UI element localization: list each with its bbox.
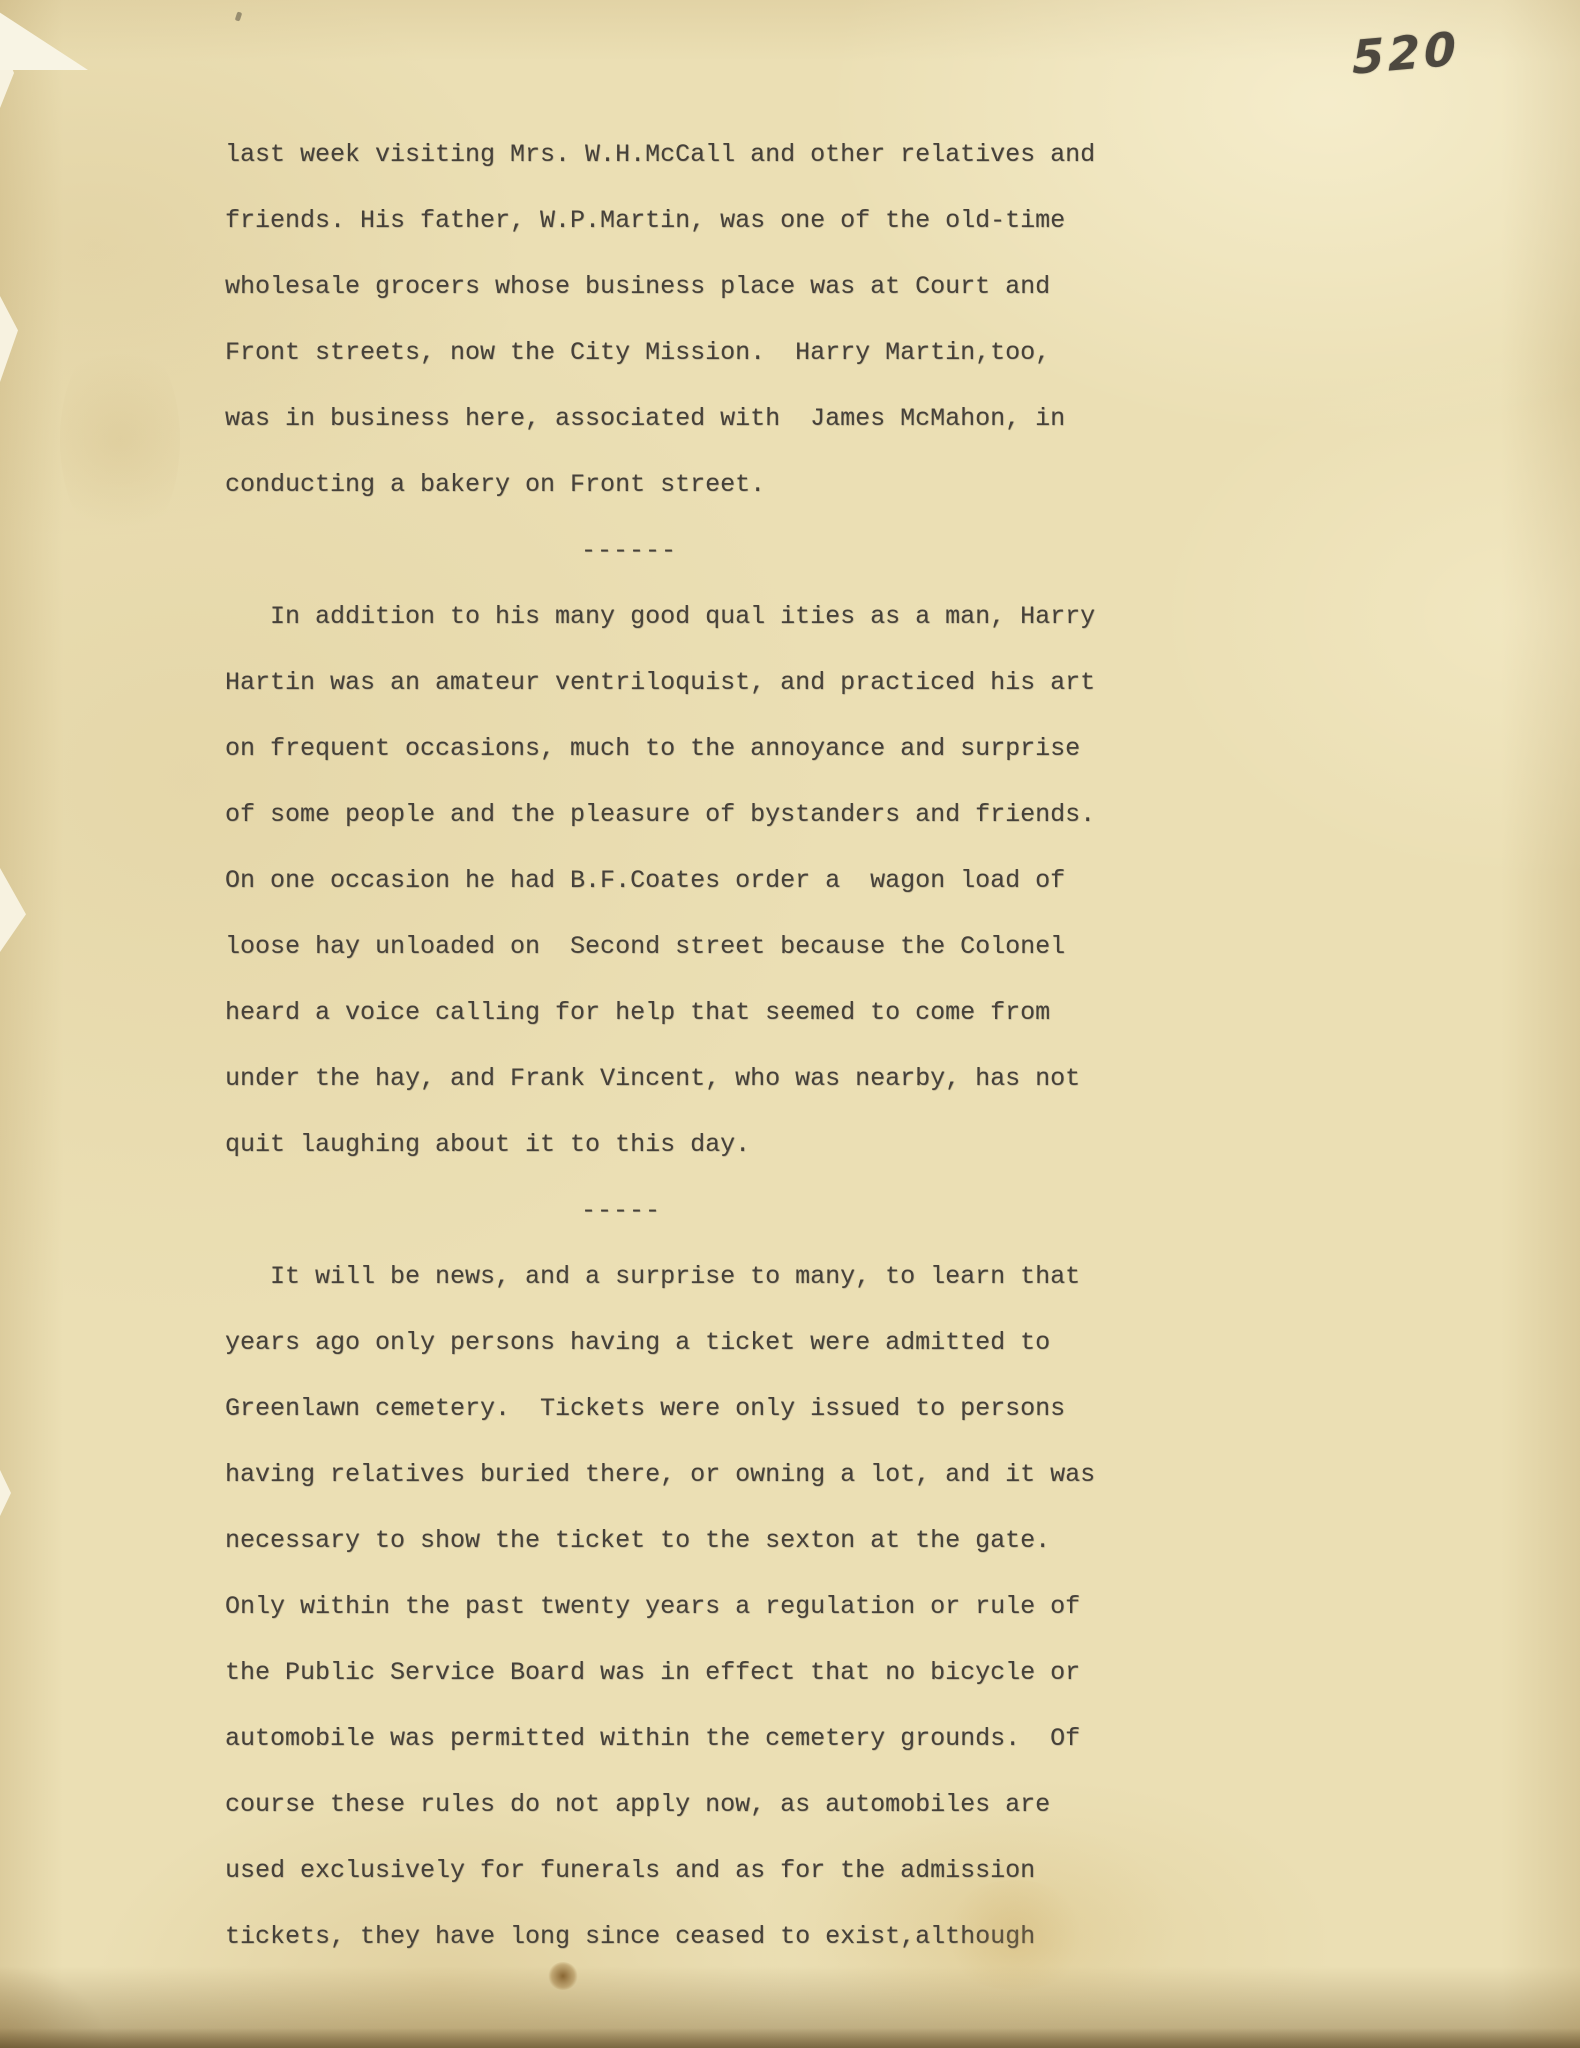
section-separator: ------	[225, 518, 1405, 584]
section-separator: -----	[225, 1178, 1405, 1244]
text-line: course these rules do not apply now, as …	[225, 1772, 1405, 1838]
text-line: loose hay unloaded on Second street beca…	[225, 914, 1405, 980]
text-line: automobile was permitted within the ceme…	[225, 1706, 1405, 1772]
text-line: On one occasion he had B.F.Coates order …	[225, 848, 1405, 914]
document-text: last week visiting Mrs. W.H.McCall and o…	[225, 122, 1405, 1970]
stain	[548, 1962, 578, 1990]
torn-edge-left	[0, 868, 26, 952]
text-line: Hartin was an amateur ventriloquist, and…	[225, 650, 1405, 716]
text-line: on frequent occasions, much to the annoy…	[225, 716, 1405, 782]
page-bottom-edge	[0, 2028, 1580, 2048]
text-line: the Public Service Board was in effect t…	[225, 1640, 1405, 1706]
stain	[60, 330, 180, 550]
text-line: used exclusively for funerals and as for…	[225, 1838, 1405, 1904]
text-line: last week visiting Mrs. W.H.McCall and o…	[225, 122, 1405, 188]
text-line: Front streets, now the City Mission. Har…	[225, 320, 1405, 386]
text-line: was in business here, associated with Ja…	[225, 386, 1405, 452]
handwritten-page-number: 520	[1352, 21, 1461, 85]
text-line: Greenlawn cemetery. Tickets were only is…	[225, 1376, 1405, 1442]
torn-edge-left	[0, 1470, 11, 1516]
text-line: quit laughing about it to this day.	[225, 1112, 1405, 1178]
text-line: of some people and the pleasure of bysta…	[225, 782, 1405, 848]
text-line: Only within the past twenty years a regu…	[225, 1574, 1405, 1640]
text-line: heard a voice calling for help that seem…	[225, 980, 1405, 1046]
text-line: It will be news, and a surprise to many,…	[225, 1244, 1405, 1310]
text-line: friends. His father, W.P.Martin, was one…	[225, 188, 1405, 254]
torn-edge-left	[0, 296, 18, 382]
document-page: 520 last week visiting Mrs. W.H.McCall a…	[0, 0, 1580, 2048]
text-line: tickets, they have long since ceased to …	[225, 1904, 1405, 1970]
text-line: conducting a bakery on Front street.	[225, 452, 1405, 518]
text-line: In addition to his many good qual ities …	[225, 584, 1405, 650]
text-line: under the hay, and Frank Vincent, who wa…	[225, 1046, 1405, 1112]
text-line: wholesale grocers whose business place w…	[225, 254, 1405, 320]
ink-speck	[235, 11, 243, 21]
stain	[940, 1880, 1090, 1990]
torn-corner-bottom-left	[0, 0, 88, 70]
text-line: years ago only persons having a ticket w…	[225, 1310, 1405, 1376]
text-line: having relatives buried there, or owning…	[225, 1442, 1405, 1508]
text-line: necessary to show the ticket to the sext…	[225, 1508, 1405, 1574]
